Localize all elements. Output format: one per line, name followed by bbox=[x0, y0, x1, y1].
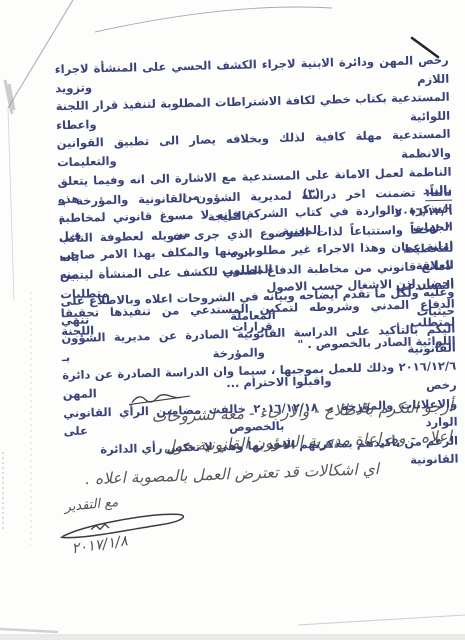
handwritten-closing: مع التقدير bbox=[64, 495, 119, 515]
handwritten-date: ٢٠١٧/١/٨ bbox=[71, 533, 129, 557]
document-content: رخص المهن ودائرة الابنية لاجراء الكشف ال… bbox=[0, 0, 465, 640]
handwritten-note: أرجو التكرم بالاطلاع - والارجاء - معه لش… bbox=[15, 391, 458, 496]
closing-salutation: واقبلوا الاحترام ... bbox=[226, 374, 332, 391]
section-third-heading: ثالثاً: bbox=[425, 185, 452, 202]
scanned-document-page: رخص المهن ودائرة الابنية لاجراء الكشف ال… bbox=[0, 0, 465, 640]
